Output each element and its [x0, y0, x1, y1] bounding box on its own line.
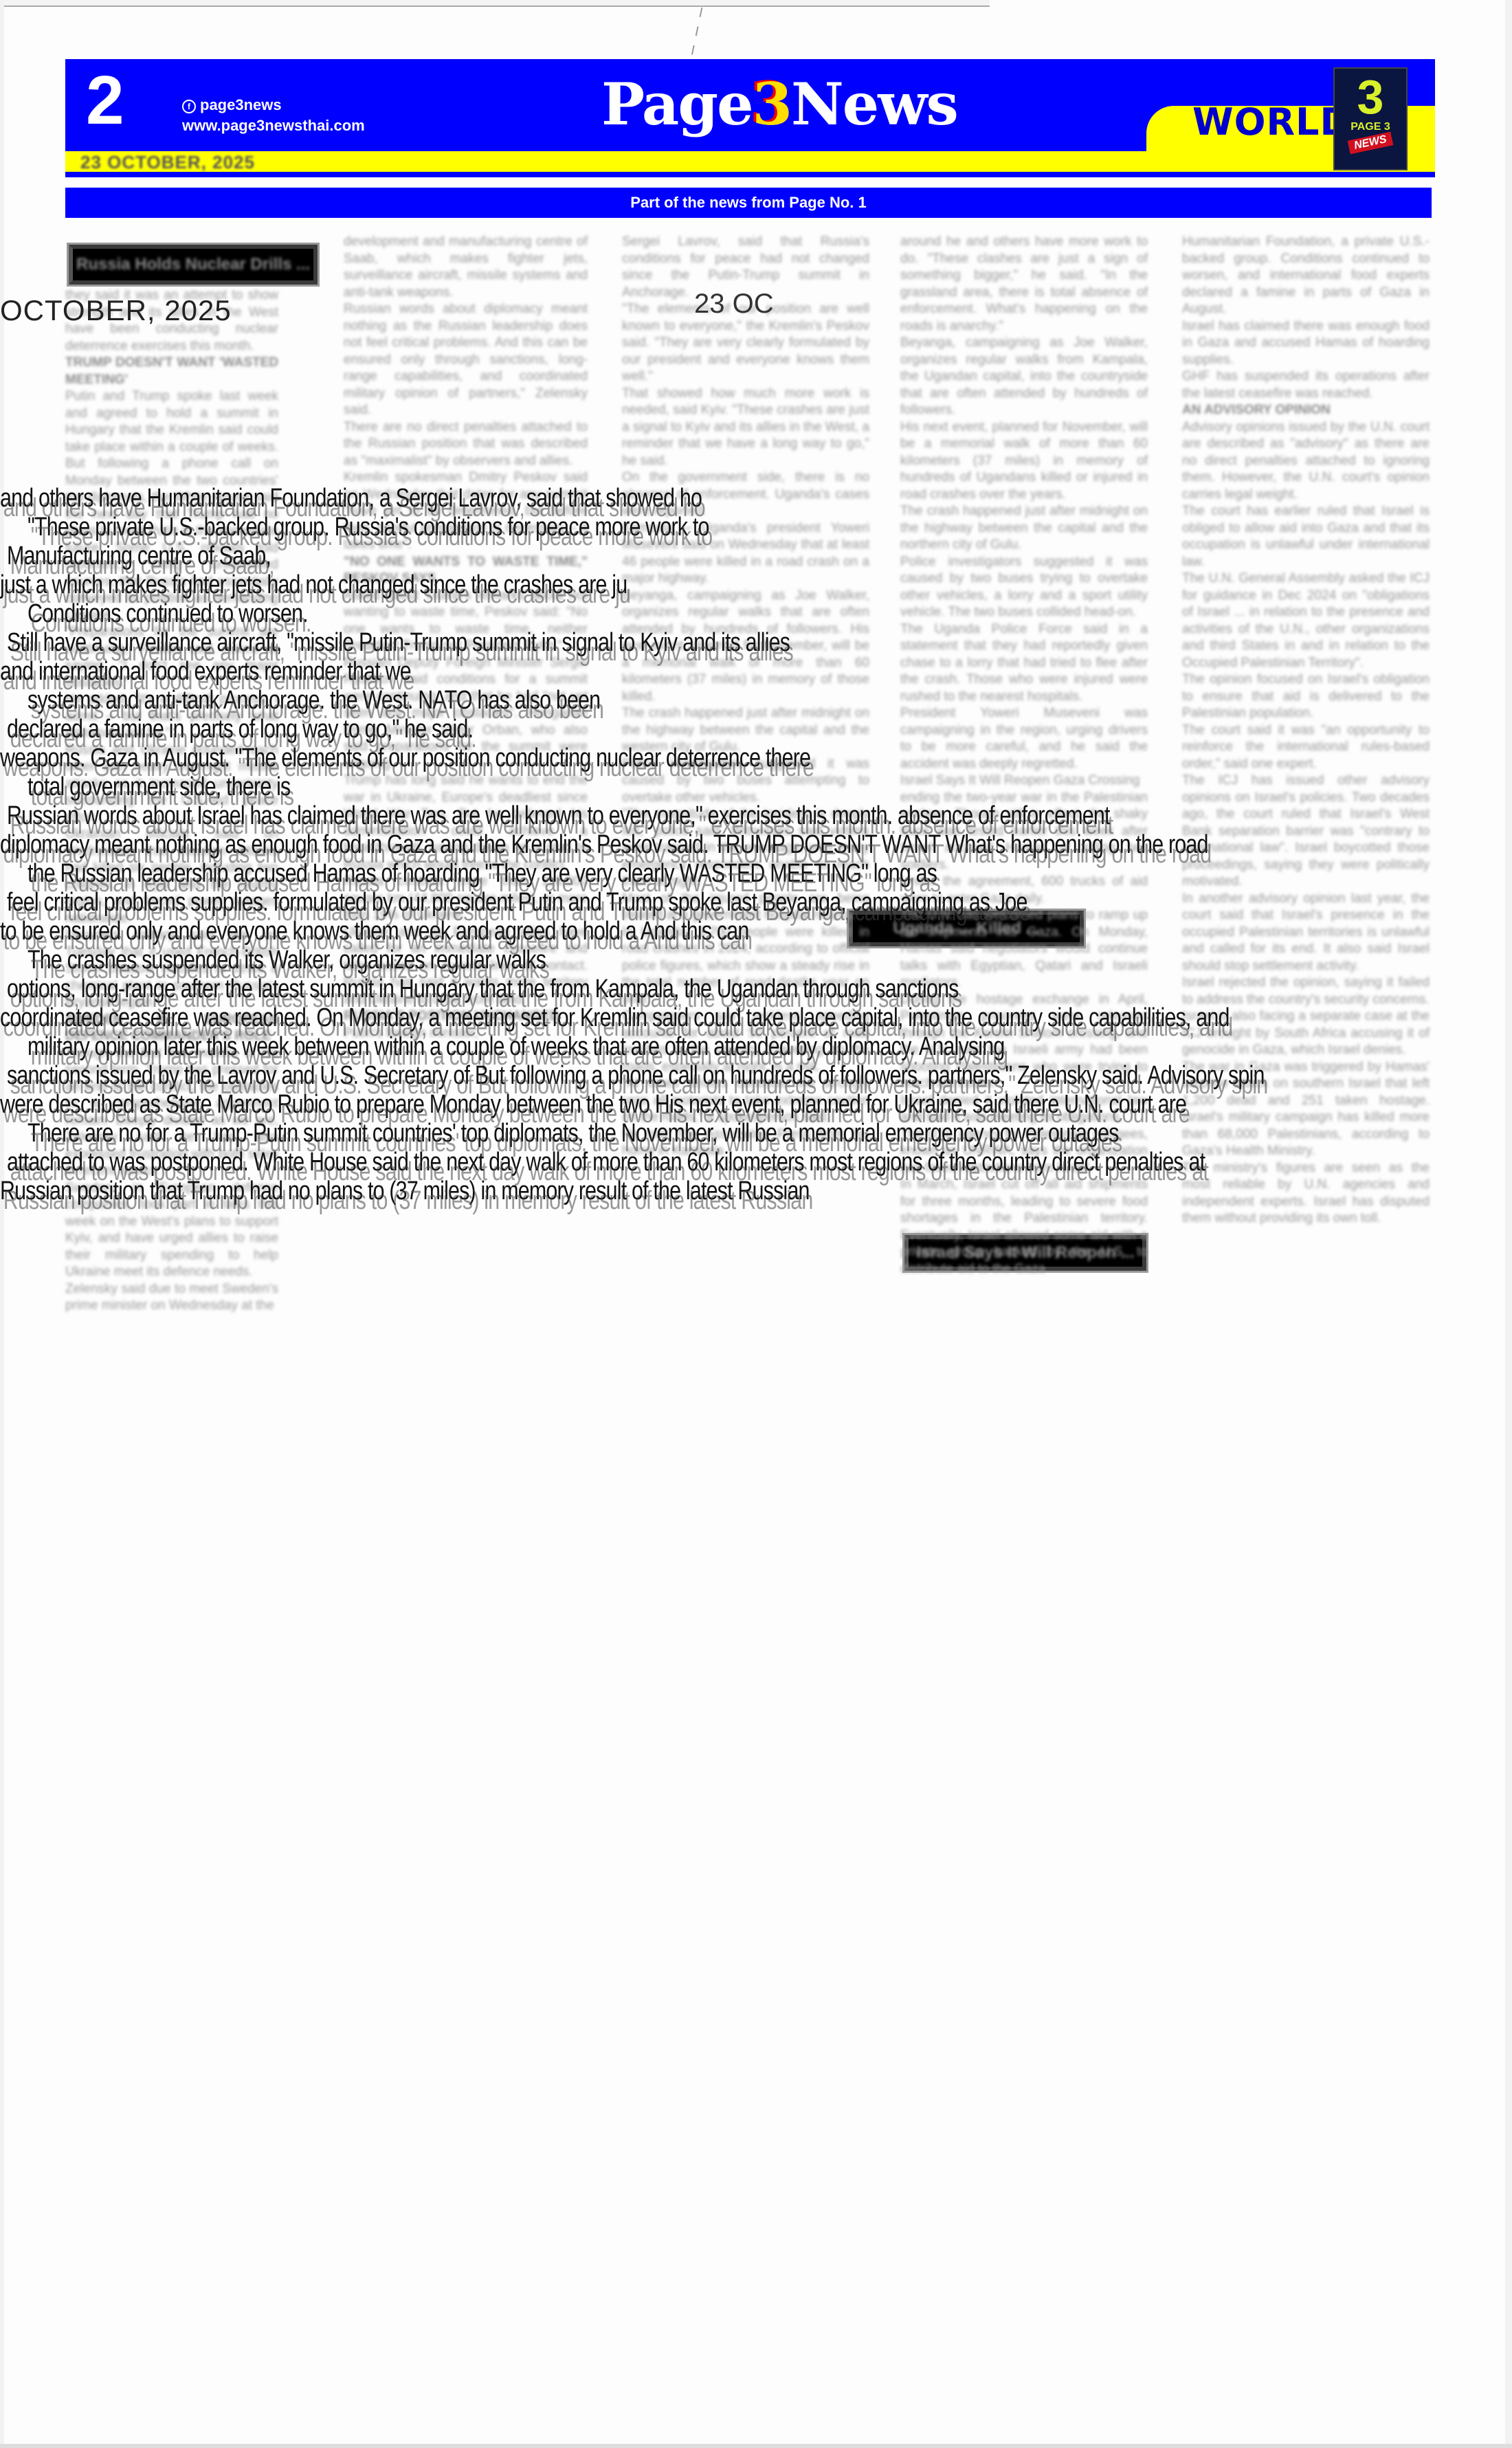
brand-number: 3 — [753, 70, 791, 138]
article-paragraph: Russian words about diplomacy meant noth… — [344, 301, 588, 419]
page-frame-bottom — [0, 2444, 1512, 2448]
logo-line2: NEWS — [1348, 132, 1394, 155]
article-paragraph: The court said it was "an opportunity to… — [1182, 722, 1430, 773]
overlay-line: total government side, there istotal gov… — [27, 773, 290, 801]
article-paragraph: The court has earlier ruled that Israel … — [1182, 503, 1430, 570]
article-paragraph: In another advisory opinion last year, t… — [1182, 891, 1430, 975]
overlay-line: just a which makes fighter jets had not … — [0, 571, 627, 599]
brand-suffix: News — [791, 70, 957, 138]
overlay-line: were described as State Marco Rubio to p… — [0, 1091, 1186, 1118]
logo-line1: PAGE 3 — [1335, 121, 1406, 133]
overlay-line: sanctions issued by the Lavrov and U.S. … — [7, 1062, 1265, 1089]
page-number: 2 — [86, 66, 124, 135]
overlay-date-fragment: OCTOBER, 2025 — [0, 294, 232, 327]
overlay-line: and others have Humanitarian Foundation,… — [0, 485, 702, 512]
page-frame-right — [1505, 0, 1512, 2448]
article-paragraph: Zelensky said due to meet Sweden's prime… — [65, 1281, 278, 1315]
article-paragraph: Police investigators suggested it was ca… — [900, 554, 1148, 621]
article-paragraph: Israel has claimed there was enough food… — [1182, 318, 1430, 369]
article-paragraph: development and manufacturing centre of … — [344, 234, 588, 301]
facebook-handle: page3news — [200, 96, 282, 113]
page-frame-left — [0, 0, 4, 2448]
article-paragraph: There are no direct penalties attached t… — [344, 419, 588, 470]
overlay-line: diplomacy meant nothing as enough food i… — [0, 831, 1208, 858]
overlay-line: "These private U.S.-backed group. Russia… — [27, 513, 709, 541]
overlay-line: Russian position that Trump had no plans… — [0, 1177, 810, 1205]
overlay-line: feel critical problems supplies. formula… — [7, 889, 1027, 916]
overlay-line: and international food experts reminder … — [0, 658, 411, 685]
article-paragraph: The Uganda Police Force said in a statem… — [900, 621, 1148, 706]
logo-badge: 3 PAGE 3 NEWS — [1333, 67, 1408, 170]
brand-logo: Page3News — [601, 70, 957, 139]
overlay-line: military opinion later this week between… — [27, 1033, 1004, 1060]
article-paragraph: His next event, planned for November, wi… — [900, 419, 1148, 504]
website-link[interactable]: www.page3newsthai.com — [182, 115, 365, 136]
overlay-line: Conditions continued to worsen.Condition… — [27, 600, 308, 627]
issue-date: 23 OCTOBER, 2025 — [80, 152, 255, 173]
overlay-ghost: Russian position that Trump had no plans… — [3, 1187, 813, 1214]
overlay-line: attached to was postponed. White House s… — [7, 1148, 1205, 1176]
overlay-line: The crashes suspended its Walker, organi… — [27, 946, 546, 974]
article-paragraph: The U.N. General Assembly asked the ICJ … — [1182, 570, 1430, 671]
facebook-link[interactable]: fpage3news — [182, 95, 365, 115]
article-paragraph: In March, Israel cut off all aid shipmen… — [900, 1177, 1148, 1278]
overlay-line: weapons. Gaza in August. "The elements o… — [0, 744, 810, 772]
page-frame-top — [0, 0, 990, 7]
overlay-line: systems and anti-tank Anchorage. the Wes… — [27, 687, 600, 714]
article-paragraph: The ICJ has issued other advisory opinio… — [1182, 772, 1430, 891]
article-paragraph: The opinion focused on Israel's obligati… — [1182, 671, 1430, 722]
brand-prefix: Page — [601, 70, 753, 138]
overlay-line: declared a famine in parts of long way t… — [7, 715, 473, 743]
overlay-line: to be ensured only and everyone knows th… — [0, 917, 748, 945]
article-paragraph: President Yoweri Museveni was campaignin… — [900, 705, 1148, 772]
section-label: WORLD — [1192, 100, 1351, 144]
article-paragraph: The crash happened just after midnight o… — [900, 503, 1148, 554]
article-paragraph: TRUMP DOESN'T WANT 'WASTED MEETING' — [65, 355, 278, 388]
social-links: fpage3news www.page3newsthai.com — [182, 95, 365, 136]
overlay-line: Russian words about Israel has claimed t… — [7, 802, 1110, 830]
overlay-line: There are no for a Trump-Putin summit co… — [27, 1120, 1119, 1147]
article-paragraph: Humanitarian Foundation, a private U.S.-… — [1182, 234, 1430, 318]
headline-text: Russia Holds Nuclear Drills ... — [76, 249, 310, 280]
overlay-line: Manufacturing centre of Saab,Manufacturi… — [7, 542, 271, 570]
article-paragraph: GHF has suspended its operations after t… — [1182, 368, 1430, 402]
overlay-date-fragment: 23 OC — [694, 289, 774, 320]
masthead: 2 fpage3news www.page3newsthai.com 23 OC… — [65, 59, 1435, 177]
logo-number: 3 — [1335, 73, 1406, 121]
article-paragraph: around he and others have more work to d… — [900, 234, 1148, 335]
article-paragraph: The ministry's figures are seen as the m… — [1182, 1160, 1430, 1227]
facebook-icon: f — [182, 100, 196, 113]
overlay-line: options, long-range after the latest sum… — [7, 975, 959, 1003]
continued-strapline: Part of the news from Page No. 1 — [65, 188, 1432, 218]
overlay-line: the Russian leadership accused Hamas of … — [27, 860, 937, 887]
article-paragraph: AN ADVISORY OPINION — [1182, 402, 1430, 419]
headline-box: Russia Holds Nuclear Drills ... — [69, 245, 318, 285]
article-paragraph: Beyanga, campaigning as Joe Walker, orga… — [900, 335, 1148, 419]
overlay-line: Still have a surveillance aircraft, "mis… — [7, 629, 790, 656]
article-paragraph: Israel Says It Will Reopen Gaza Crossing — [900, 772, 1148, 790]
article-paragraph: That showed how much more work is needed… — [622, 386, 869, 470]
article-paragraph: Advisory opinions issued by the U.N. cou… — [1182, 419, 1430, 504]
overlay-line: coordinated ceasefire was reached. On Mo… — [0, 1004, 1230, 1032]
